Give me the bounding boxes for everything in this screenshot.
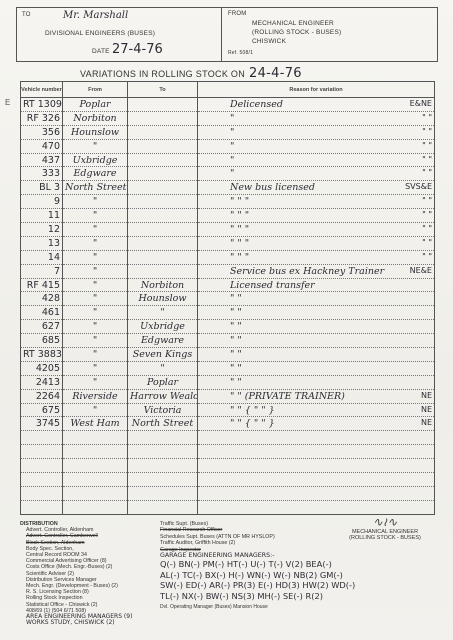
cell-vehicle: 3745 xyxy=(21,417,63,431)
cell-reason xyxy=(198,500,435,514)
cell-from: North Street xyxy=(63,181,128,195)
cell-vehicle: 2413 xyxy=(21,375,63,389)
table-row: 470""" " xyxy=(21,139,435,153)
cell-to xyxy=(128,431,198,445)
cell-reason: " " "" " xyxy=(198,209,435,223)
table-row: BL 3North StreetNew bus licensedSVS&E xyxy=(21,181,435,195)
side-mark: E xyxy=(5,98,10,107)
cell-reason: " " "" " xyxy=(198,250,435,264)
title-date: 24-4-76 xyxy=(249,66,302,81)
reason-text: Licensed transfer xyxy=(200,280,315,291)
table-row: 11"" " "" " xyxy=(21,209,435,223)
cell-vehicle: 13 xyxy=(21,236,63,250)
cell-from: " xyxy=(63,236,128,250)
reason-code: SVS&E xyxy=(405,182,432,193)
cell-to xyxy=(128,459,198,473)
signature: ∿≀∿ xyxy=(330,515,440,529)
cell-to: Victoria xyxy=(128,403,198,417)
reason-text: " " " xyxy=(200,210,249,221)
date-value: 27-4-76 xyxy=(112,42,163,57)
table-row: 2413"Poplar" " xyxy=(21,375,435,389)
cell-vehicle: 333 xyxy=(21,167,63,181)
header-to: To xyxy=(128,82,198,98)
cell-reason: "" " xyxy=(198,125,435,139)
from-line-1: MECHANICAL ENGINEER xyxy=(252,20,334,27)
cell-vehicle xyxy=(21,445,63,459)
cell-reason: " " "" " xyxy=(198,223,435,237)
table-row: 356Hounslow"" " xyxy=(21,125,435,139)
reason-code: " " xyxy=(422,196,432,207)
header-reason: Reason for variation xyxy=(198,82,435,98)
cell-vehicle xyxy=(21,473,63,487)
cell-from: " xyxy=(63,292,128,306)
cell-from: " xyxy=(63,375,128,389)
cell-vehicle: 356 xyxy=(21,125,63,139)
cell-vehicle: RF 326 xyxy=(21,111,63,125)
reason-text: " " " xyxy=(200,224,249,235)
to-department: DIVISIONAL ENGINEERS (BUSES) xyxy=(45,30,155,37)
cell-vehicle: 627 xyxy=(21,320,63,334)
reason-text: " " " xyxy=(200,252,249,263)
cell-to: Uxbridge xyxy=(128,320,198,334)
to-label: TO xyxy=(22,12,31,18)
cell-to: Hounslow xyxy=(128,292,198,306)
title-text: VARIATIONS IN ROLLING STOCK ON xyxy=(80,69,245,79)
reason-code: NE xyxy=(421,405,432,416)
distribution-handwritten-2: WORKS STUDY, CHISWICK (2) xyxy=(20,620,132,626)
reason-code: " " xyxy=(422,252,432,263)
to-box: TO Mr. Marshall DIVISIONAL ENGINEERS (BU… xyxy=(16,7,222,62)
reason-code: NE xyxy=(421,418,432,429)
reason-text: " " (PRIVATE TRAINER) xyxy=(200,391,345,402)
cell-reason xyxy=(198,445,435,459)
reason-text: " xyxy=(200,113,234,124)
document-page: TO Mr. Marshall DIVISIONAL ENGINEERS (BU… xyxy=(0,0,453,640)
reason-text: New bus licensed xyxy=(200,182,315,193)
garage-code-line: AL(-) TC(-) BX(-) H(-) WN(-) W(-) NB(2) … xyxy=(160,570,450,581)
cell-vehicle: 685 xyxy=(21,334,63,348)
reason-code: " " xyxy=(422,155,432,166)
cell-to: Seven Kings xyxy=(128,348,198,362)
table-row: 627"Uxbridge" " xyxy=(21,320,435,334)
cell-to xyxy=(128,181,198,195)
cell-from: West Ham xyxy=(63,417,128,431)
cell-reason: " " xyxy=(198,320,435,334)
reason-code: " " xyxy=(422,113,432,124)
reason-text: " " { " " } xyxy=(200,418,275,429)
reason-text: " " xyxy=(200,377,242,388)
date-label: DATE xyxy=(92,48,110,55)
cell-reason: Licensed transfer xyxy=(198,278,435,292)
cell-to: North Street xyxy=(128,417,198,431)
cell-reason: " " "" " xyxy=(198,236,435,250)
cell-from xyxy=(63,473,128,487)
header-vehicle: Vehicle number xyxy=(21,82,63,98)
cell-to xyxy=(128,98,198,112)
cell-from: " xyxy=(63,306,128,320)
cell-vehicle xyxy=(21,459,63,473)
cell-to xyxy=(128,264,198,278)
cell-vehicle: RT 1309 xyxy=(21,98,63,112)
reason-text: " xyxy=(200,168,234,179)
cell-reason xyxy=(198,473,435,487)
middle-footer: Dvl. Operating Manager (Buses) Mansion H… xyxy=(160,604,450,610)
cell-vehicle: 7 xyxy=(21,264,63,278)
cell-to xyxy=(128,236,198,250)
cell-from: " xyxy=(63,250,128,264)
reason-code: NE&E xyxy=(410,266,432,277)
reason-code: " " xyxy=(422,168,432,179)
cell-to xyxy=(128,500,198,514)
cell-vehicle: RF 415 xyxy=(21,278,63,292)
table-row: RF 326Norbiton"" " xyxy=(21,111,435,125)
cell-to xyxy=(128,473,198,487)
table-row xyxy=(21,459,435,473)
cell-vehicle: 4205 xyxy=(21,361,63,375)
table-row xyxy=(21,473,435,487)
cell-vehicle xyxy=(21,431,63,445)
cell-reason: "" " xyxy=(198,167,435,181)
garage-codes: Q(-) BN(-) PM(-) HT(-) U(-) T(-) V(2) BE… xyxy=(160,559,450,601)
variations-table: Vehicle number From To Reason for variat… xyxy=(20,81,435,515)
table-row: 7"Service bus ex Hackney TrainerNE&E xyxy=(21,264,435,278)
reason-text: " xyxy=(200,155,234,166)
table-row: RF 415"NorbitonLicensed transfer xyxy=(21,278,435,292)
cell-reason: " " { " " }NE xyxy=(198,403,435,417)
table-row: 685"Edgware" " xyxy=(21,334,435,348)
cell-vehicle: 428 xyxy=(21,292,63,306)
cell-reason: Service bus ex Hackney TrainerNE&E xyxy=(198,264,435,278)
cell-to xyxy=(128,139,198,153)
cell-from: " xyxy=(63,320,128,334)
cell-to xyxy=(128,250,198,264)
cell-reason xyxy=(198,431,435,445)
reason-code: " " xyxy=(422,127,432,138)
distribution-list: DISTRIBUTION Advert. Controller, Aldenha… xyxy=(20,521,132,626)
reason-text: " " xyxy=(200,321,242,332)
to-handwritten: Mr. Marshall xyxy=(63,10,128,21)
from-box: FROM MECHANICAL ENGINEER (ROLLING STOCK … xyxy=(221,7,438,62)
cell-reason: " " (PRIVATE TRAINER)NE xyxy=(198,389,435,403)
cell-from: Uxbridge xyxy=(63,153,128,167)
garage-code-line: TL(-) NX(-) BW(-) NS(3) MH(-) SE(-) R(2) xyxy=(160,591,450,602)
cell-to: Poplar xyxy=(128,375,198,389)
cell-to xyxy=(128,153,198,167)
signature-block: ∿≀∿ MECHANICAL ENGINEER (ROLLING STOCK -… xyxy=(330,515,440,541)
cell-from xyxy=(63,445,128,459)
cell-from xyxy=(63,431,128,445)
cell-reason: " " "" " xyxy=(198,195,435,209)
cell-reason: " " xyxy=(198,292,435,306)
cell-to xyxy=(128,167,198,181)
reason-code: " " xyxy=(422,141,432,152)
table-row: RT 3883"Seven Kings" " xyxy=(21,348,435,362)
from-line-3: CHISWICK xyxy=(252,38,286,45)
table-header-row: Vehicle number From To Reason for variat… xyxy=(21,82,435,98)
reason-text: Service bus ex Hackney Trainer xyxy=(200,266,384,277)
cell-reason: " " { " " }NE xyxy=(198,417,435,431)
table-row: 675"Victoria" " { " " }NE xyxy=(21,403,435,417)
cell-from: " xyxy=(63,209,128,223)
reason-text: Delicensed xyxy=(200,99,283,110)
cell-to xyxy=(128,125,198,139)
cell-vehicle: 2264 xyxy=(21,389,63,403)
header-from: From xyxy=(63,82,128,98)
table-row: 4205""" " xyxy=(21,361,435,375)
cell-vehicle: RT 3883 xyxy=(21,348,63,362)
cell-vehicle: 9 xyxy=(21,195,63,209)
signature-title-2: (ROLLING STOCK - BUSES) xyxy=(330,535,440,541)
cell-to xyxy=(128,223,198,237)
cell-reason: "" " xyxy=(198,111,435,125)
table-body: RT 1309PoplarDelicensedE&NERF 326Norbito… xyxy=(21,98,435,515)
cell-to xyxy=(128,195,198,209)
table-row: 437Uxbridge"" " xyxy=(21,153,435,167)
cell-vehicle: 14 xyxy=(21,250,63,264)
distribution-lines: Advert. Controller, AldenhamAdvert. Cont… xyxy=(20,527,132,614)
reason-text: " xyxy=(200,141,234,152)
page-title: VARIATIONS IN ROLLING STOCK ON24-4-76 xyxy=(80,66,440,81)
cell-vehicle xyxy=(21,486,63,500)
reason-code: NE xyxy=(421,391,432,402)
reason-text: " xyxy=(200,127,234,138)
cell-from: Edgware xyxy=(63,167,128,181)
table-row: 3745West HamNorth Street" " { " " }NE xyxy=(21,417,435,431)
reason-text: " " { " " } xyxy=(200,405,275,416)
cell-to: " xyxy=(128,361,198,375)
reason-text: " " " xyxy=(200,238,249,249)
cell-reason: " " xyxy=(198,361,435,375)
reason-text: " " xyxy=(200,293,242,304)
cell-vehicle: BL 3 xyxy=(21,181,63,195)
cell-reason: " " xyxy=(198,334,435,348)
cell-from xyxy=(63,486,128,500)
table-row: 333Edgware"" " xyxy=(21,167,435,181)
cell-reason: "" " xyxy=(198,139,435,153)
cell-from: " xyxy=(63,348,128,362)
cell-vehicle: 11 xyxy=(21,209,63,223)
reason-code: " " xyxy=(422,224,432,235)
reference: Ref. 508/1 xyxy=(228,50,253,56)
cell-from: " xyxy=(63,195,128,209)
from-label: FROM xyxy=(228,11,246,17)
cell-from: " xyxy=(63,139,128,153)
cell-to xyxy=(128,486,198,500)
cell-from xyxy=(63,500,128,514)
cell-to: " xyxy=(128,306,198,320)
table-row: 14"" " "" " xyxy=(21,250,435,264)
reason-code: " " xyxy=(422,238,432,249)
reason-text: " " xyxy=(200,363,242,374)
table-row xyxy=(21,445,435,459)
cell-reason: " " xyxy=(198,375,435,389)
cell-vehicle: 12 xyxy=(21,223,63,237)
reason-text: " " xyxy=(200,335,242,346)
table-row xyxy=(21,486,435,500)
cell-reason: " " xyxy=(198,306,435,320)
cell-vehicle: 437 xyxy=(21,153,63,167)
table-row: 2264RiversideHarrow Weald" " (PRIVATE TR… xyxy=(21,389,435,403)
table-row: 428"Hounslow" " xyxy=(21,292,435,306)
cell-to: Harrow Weald xyxy=(128,389,198,403)
cell-from: " xyxy=(63,403,128,417)
cell-to xyxy=(128,111,198,125)
cell-vehicle xyxy=(21,500,63,514)
reason-text: " " xyxy=(200,349,242,360)
table-row xyxy=(21,431,435,445)
cell-to xyxy=(128,445,198,459)
cell-reason xyxy=(198,486,435,500)
from-line-2: (ROLLING STOCK - BUSES) xyxy=(252,29,341,36)
cell-from: " xyxy=(63,334,128,348)
table-row xyxy=(21,500,435,514)
cell-vehicle: 470 xyxy=(21,139,63,153)
reason-text: " " " xyxy=(200,196,249,207)
cell-vehicle: 675 xyxy=(21,403,63,417)
table-row: 9"" " "" " xyxy=(21,195,435,209)
cell-reason: "" " xyxy=(198,153,435,167)
cell-to xyxy=(128,209,198,223)
cell-from xyxy=(63,459,128,473)
cell-from: Riverside xyxy=(63,389,128,403)
cell-from: " xyxy=(63,278,128,292)
table-row: 13"" " "" " xyxy=(21,236,435,250)
cell-from: " xyxy=(63,361,128,375)
table-row: 461""" " xyxy=(21,306,435,320)
reason-code: " " xyxy=(422,210,432,221)
cell-from: Norbiton xyxy=(63,111,128,125)
garage-code-line: Q(-) BN(-) PM(-) HT(-) U(-) T(-) V(2) BE… xyxy=(160,559,450,570)
cell-reason xyxy=(198,459,435,473)
cell-reason: New bus licensedSVS&E xyxy=(198,181,435,195)
cell-from: " xyxy=(63,223,128,237)
cell-to: Edgware xyxy=(128,334,198,348)
cell-vehicle: 461 xyxy=(21,306,63,320)
cell-reason: DelicensedE&NE xyxy=(198,98,435,112)
reason-code: E&NE xyxy=(410,99,432,110)
reason-text: " " xyxy=(200,307,242,318)
cell-from: " xyxy=(63,264,128,278)
cell-reason: " " xyxy=(198,348,435,362)
garage-code-line: SW(-) ED(-) AR(-) PR(3) E(-) HD(3) HW(2)… xyxy=(160,580,450,591)
cell-to: Norbiton xyxy=(128,278,198,292)
table-row: 12"" " "" " xyxy=(21,223,435,237)
cell-from: Poplar xyxy=(63,98,128,112)
cell-from: Hounslow xyxy=(63,125,128,139)
table-row: RT 1309PoplarDelicensedE&NE xyxy=(21,98,435,112)
